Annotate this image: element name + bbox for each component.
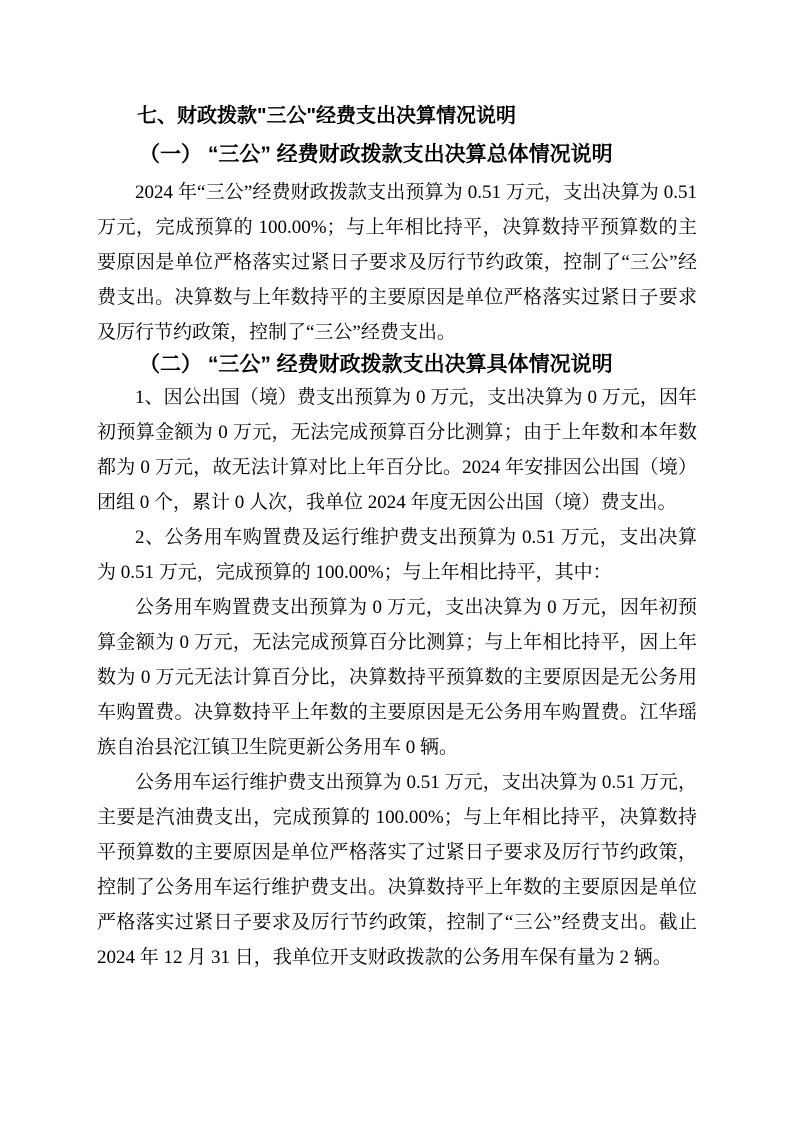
paragraph-vehicle-purchase: 公务用车购置费支出预算为 0 万元，支出决算为 0 万元，因年初预算金额为 0 … (97, 590, 697, 765)
section-heading-1: （一） “三公” 经费财政拨款支出决算总体情况说明 (97, 135, 697, 175)
paragraph-overall-summary: 2024 年“三公”经费财政拨款支出预算为 0.51 万元，支出决算为 0.51… (97, 175, 697, 350)
paragraph-abroad-expense: 1、因公出国（境）费支出预算为 0 万元，支出决算为 0 万元，因年初预算金额为… (97, 380, 697, 520)
section-heading-2: （二） “三公” 经费财政拨款支出决算具体情况说明 (97, 350, 697, 380)
paragraph-vehicle-maintenance: 公务用车运行维护费支出预算为 0.51 万元，支出决算为 0.51 万元，主要是… (97, 765, 697, 975)
document-page: 七、财政拨款"三公"经费支出决算情况说明 （一） “三公” 经费财政拨款支出决算… (0, 0, 793, 1122)
document-title: 七、财政拨款"三公"经费支出决算情况说明 (97, 97, 697, 135)
paragraph-vehicle-total: 2、公务用车购置费及运行维护费支出预算为 0.51 万元，支出决算为 0.51 … (97, 520, 697, 590)
